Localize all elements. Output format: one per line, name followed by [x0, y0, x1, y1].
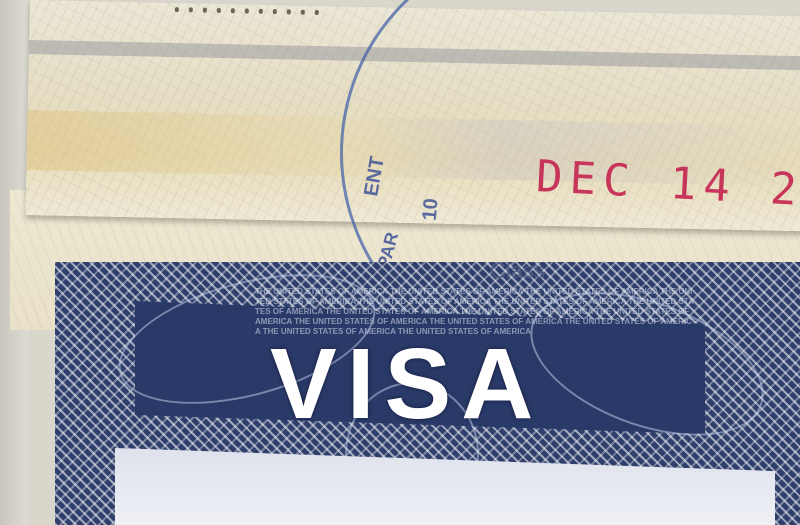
stamp-number: 10 — [419, 197, 444, 221]
stamp-class-label: Class — [490, 258, 545, 284]
visa-title: VISA — [270, 327, 543, 442]
